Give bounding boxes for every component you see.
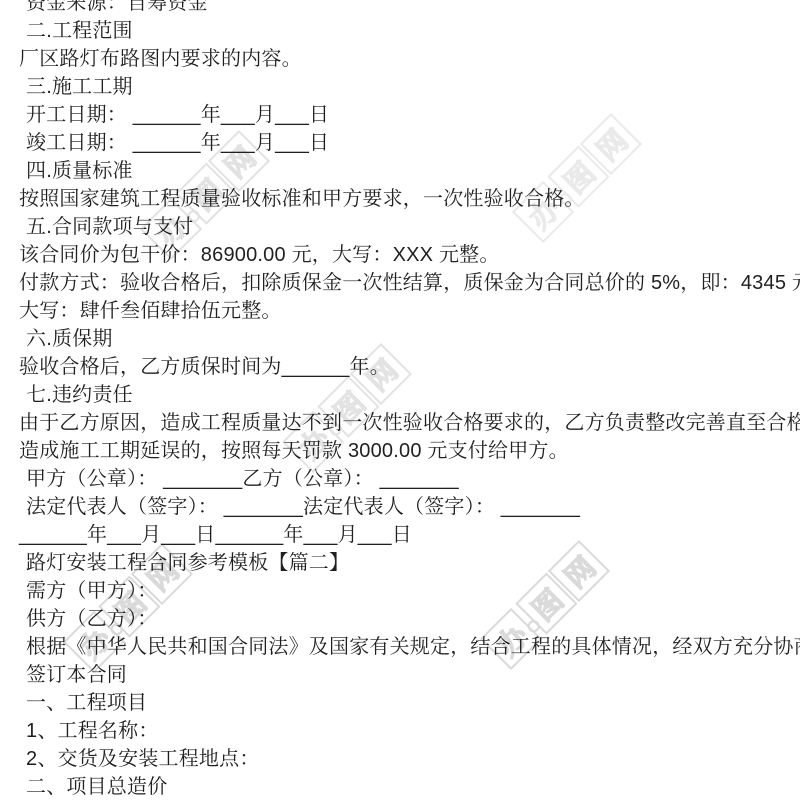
- doc-line-scope-body: 厂区路灯布路图内要求的内容。: [0, 45, 800, 73]
- doc-line-buyer: 需方（甲方）：: [0, 577, 800, 605]
- doc-line-start-date: 开工日期： ______年___月___日: [0, 101, 800, 129]
- doc-line-delivery-location: 2、交货及安装工程地点：: [0, 745, 800, 773]
- doc-line-template-2-title: 路灯安装工程合同参考模板【篇二】: [0, 549, 800, 577]
- doc-line-payment-method: 付款方式：验收合格后，扣除质保金一次性结算，质保金为合同总价的 5%，即：434…: [0, 269, 800, 297]
- doc-line-section-7-breach: 七.违约责任: [0, 381, 800, 409]
- contract-document: 资金来源：自筹资金 二.工程范围 厂区路灯布路图内要求的内容。 三.施工工期 开…: [0, 0, 800, 800]
- doc-line-funding-source: 资金来源：自筹资金: [0, 0, 800, 17]
- doc-line-retention-words: 大写：肆仟叁佰肆拾伍元整。: [0, 297, 800, 325]
- doc-line-section-6-warranty: 六.质保期: [0, 325, 800, 353]
- doc-line-seals: 甲方（公章）： _______乙方（公章）： _______: [0, 465, 800, 493]
- doc-line-part2-total-price: 二、项目总造价: [0, 773, 800, 800]
- doc-line-section-4-quality: 四.质量标准: [0, 157, 800, 185]
- doc-line-section-2-scope: 二.工程范围: [0, 17, 800, 45]
- doc-line-breach-body-2: 造成施工工期延误的，按照每天罚款 3000.00 元支付给甲方。: [0, 437, 800, 465]
- doc-line-representatives: 法定代表人（签字）： _______法定代表人（签字）： _______: [0, 493, 800, 521]
- doc-line-basis-1: 根据《中华人民共和国合同法》及国家有关规定，结合工程的具体情况，经双方充分协商，: [0, 633, 800, 661]
- doc-line-finish-date: 竣工日期： ______年___月___日: [0, 129, 800, 157]
- doc-line-breach-body-1: 由于乙方原因，造成工程质量达不到一次性验收合格要求的，乙方负责整改完善直至合格，: [0, 409, 800, 437]
- doc-line-supplier: 供方（乙方）：: [0, 605, 800, 633]
- doc-line-section-5-payment: 五.合同款项与支付: [0, 213, 800, 241]
- doc-line-project-name: 1、工程名称：: [0, 717, 800, 745]
- doc-line-part1-project: 一、工程项目: [0, 689, 800, 717]
- doc-line-quality-body: 按照国家建筑工程质量验收标准和甲方要求，一次性验收合格。: [0, 185, 800, 213]
- doc-line-section-3-schedule: 三.施工工期: [0, 73, 800, 101]
- doc-line-warranty-body: 验收合格后，乙方质保时间为______年。: [0, 353, 800, 381]
- doc-line-price: 该合同价为包干价：86900.00 元，大写：XXX 元整。: [0, 241, 800, 269]
- doc-line-sign-dates: ______年___月___日______年___月___日: [0, 521, 800, 549]
- doc-line-basis-2: 签订本合同: [0, 661, 800, 689]
